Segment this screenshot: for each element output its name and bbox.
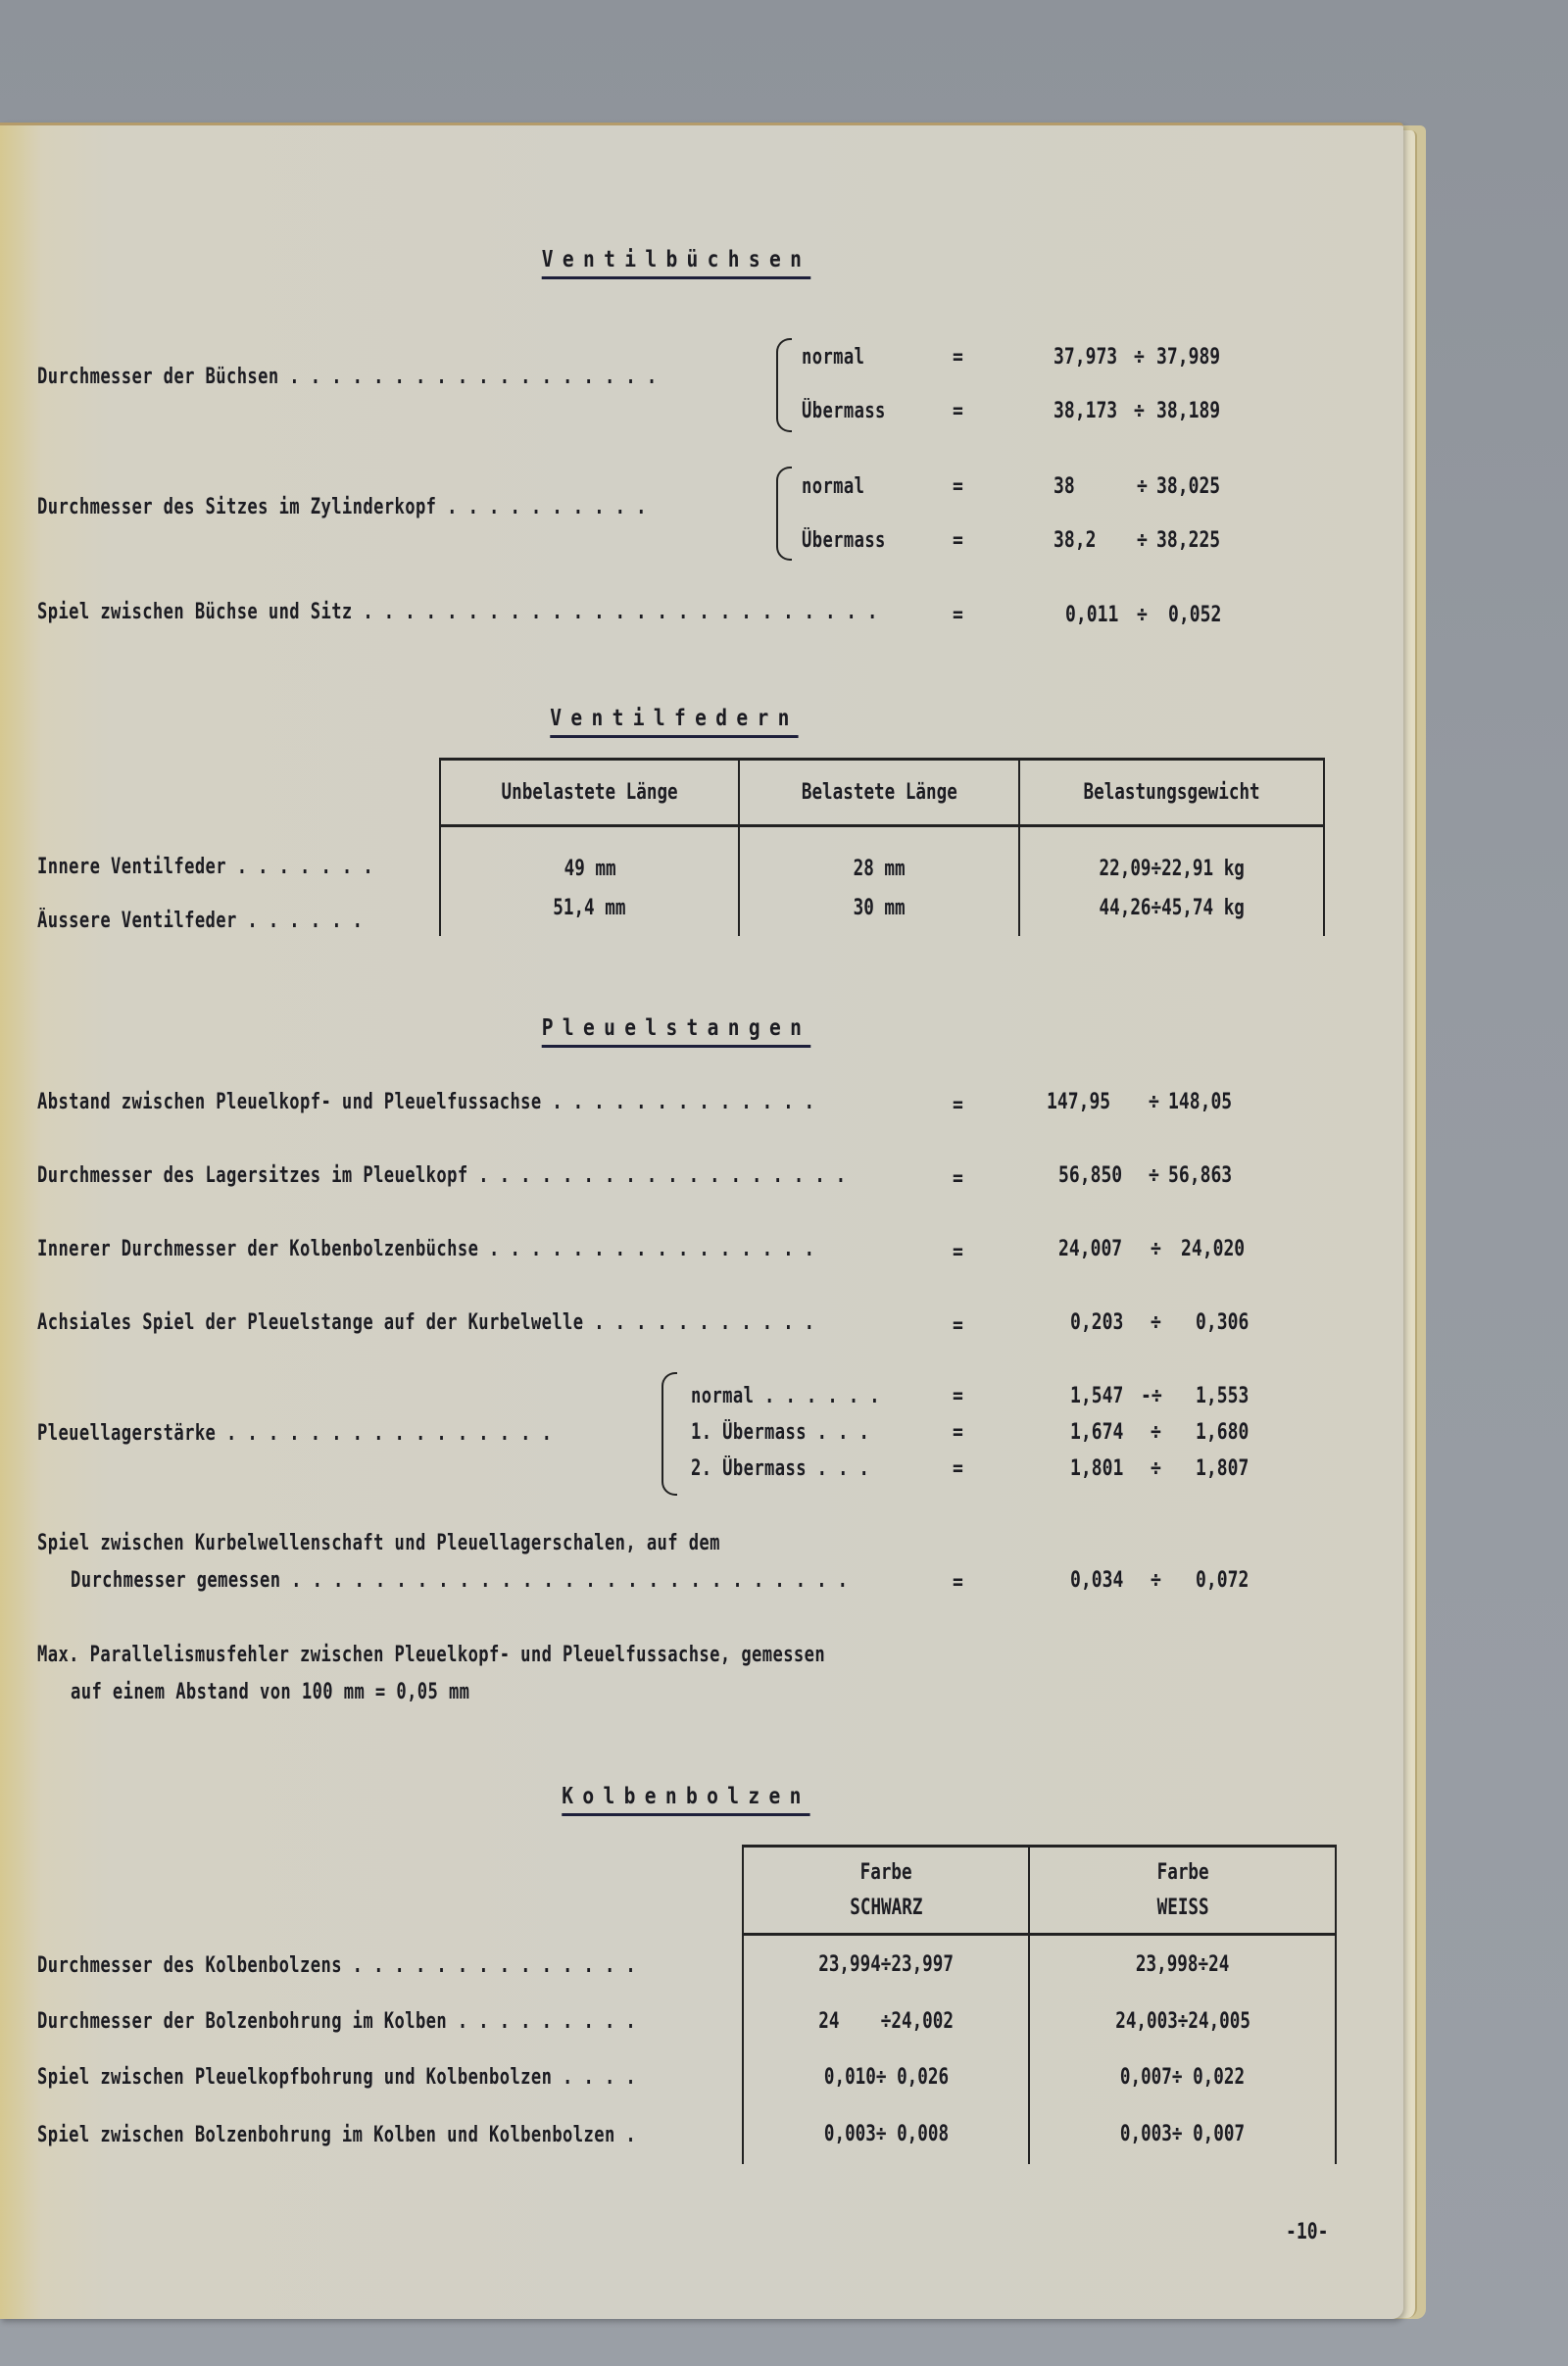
value-from: 0,203 (1070, 1310, 1123, 1335)
equals-sign: = (953, 1420, 963, 1445)
value-from: 56,850 (1058, 1163, 1122, 1188)
range-separator: ÷ (1151, 1237, 1161, 1261)
equals-sign: = (953, 1456, 963, 1481)
range-separator: ÷ (1134, 345, 1145, 370)
value-from: 37,973 (1053, 345, 1117, 370)
value-to: 0,072 (1196, 1568, 1249, 1593)
value-from: 38,173 (1053, 399, 1117, 423)
column-header-weiss: Farbe WEISS (1029, 1847, 1336, 1935)
value-to: 1,680 (1196, 1420, 1249, 1445)
page-number: -10- (1286, 2220, 1328, 2244)
equals-sign: = (953, 528, 963, 553)
table-row: 24 ÷24,002 24,003÷24,005 (743, 1994, 1336, 2049)
table-row: 49 mm 28 mm 22,09÷22,91 kg (440, 826, 1324, 881)
value-to: 37,989 (1156, 345, 1220, 370)
label-spiel-buchse-sitz: Spiel zwischen Büchse und Sitz . . . . .… (37, 600, 878, 624)
value-from: 38 (1053, 474, 1075, 499)
label-lagersitz: Durchmesser des Lagersitzes im Pleuelkop… (37, 1163, 847, 1188)
table-cell: 0,010÷ 0,026 (743, 2049, 1029, 2105)
equals-sign: = (953, 474, 963, 499)
label-max-parallel-line2: auf einem Abstand von 100 mm = 0,05 mm (71, 1680, 469, 1704)
table-cell: 28 mm (739, 826, 1018, 881)
equals-sign: = (953, 1240, 963, 1264)
value-from: 1,674 (1070, 1420, 1123, 1445)
value-to: 1,807 (1196, 1456, 1249, 1481)
equals-sign: = (953, 399, 963, 423)
ventilfedern-table: Unbelastete Länge Belastete Länge Belast… (439, 758, 1325, 936)
column-header: Belastete Länge (739, 760, 1018, 826)
row-label-durchmesser-kolbenbolzen: Durchmesser des Kolbenbolzens . . . . . … (37, 1953, 636, 1978)
column-header: Unbelastete Länge (440, 760, 739, 826)
table-row: 23,994÷23,997 23,998÷24 (743, 1935, 1336, 1994)
table-cell: 44,26÷45,74 kg (1019, 881, 1324, 936)
range-separator: ÷ (1151, 1310, 1161, 1335)
value-to: 0,052 (1168, 603, 1221, 627)
value-from: 0,011 (1065, 603, 1118, 627)
table-row: 0,010÷ 0,026 0,007÷ 0,022 (743, 2049, 1336, 2105)
variant-ubermass: Übermass (802, 399, 886, 423)
range-separator: ÷ (1149, 1163, 1159, 1188)
table-cell: 22,09÷22,91 kg (1019, 826, 1324, 881)
table-cell: 0,003÷ 0,007 (1029, 2105, 1336, 2164)
range-separator: ÷ (1151, 1456, 1161, 1481)
range-separator: ÷ (1134, 399, 1145, 423)
label-max-parallel-line1: Max. Parallelismusfehler zwischen Pleuel… (37, 1643, 825, 1667)
value-from: 1,547 (1070, 1384, 1123, 1408)
range-separator: ÷ (1151, 1420, 1161, 1445)
label-achsiales-spiel: Achsiales Spiel der Pleuelstange auf der… (37, 1310, 814, 1335)
equals-sign: = (953, 1093, 963, 1117)
equals-sign: = (953, 1384, 963, 1408)
range-separator: ÷ (1151, 1568, 1161, 1593)
equals-sign: = (953, 1166, 963, 1191)
value-to: 1,553 (1196, 1384, 1249, 1408)
label-abstand: Abstand zwischen Pleuelkopf- und Pleuelf… (37, 1090, 814, 1114)
table-cell: 0,007÷ 0,022 (1029, 2049, 1336, 2105)
row-label-spiel-pleuelkopf: Spiel zwischen Pleuelkopfbohrung und Kol… (37, 2065, 636, 2090)
label-spiel-kurbel-line2: Durchmesser gemessen . . . . . . . . . .… (71, 1568, 848, 1593)
label-durchmesser-buchsen: Durchmesser der Büchsen . . . . . . . . … (37, 365, 658, 389)
section-title-kolbenbolzen: Kolbenbolzen (562, 1784, 809, 1816)
column-header: Belastungsgewicht (1019, 760, 1324, 826)
value-from: 147,95 (1047, 1090, 1110, 1114)
variant-ubermass: Übermass (802, 528, 886, 553)
range-separator: ÷ (1137, 603, 1148, 627)
variant-ubermass-2: 2. Übermass . . . (691, 1456, 869, 1481)
section-title-pleuelstangen: Pleuelstangen (542, 1015, 811, 1048)
range-separator: ÷ (1149, 1090, 1159, 1114)
table-cell: 24 ÷24,002 (743, 1994, 1029, 2049)
section-title-ventilbuchsen: Ventilbüchsen (542, 247, 811, 279)
variant-normal: normal (802, 474, 864, 499)
table-row: 51,4 mm 30 mm 44,26÷45,74 kg (440, 881, 1324, 936)
table-cell: 24,003÷24,005 (1029, 1994, 1336, 2049)
value-to: 148,05 (1168, 1090, 1232, 1114)
table-cell: 0,003÷ 0,008 (743, 2105, 1029, 2164)
range-separator: ÷ (1137, 528, 1148, 553)
equals-sign: = (953, 603, 963, 627)
value-from: 0,034 (1070, 1568, 1123, 1593)
brace-icon (776, 467, 792, 561)
value-to: 38,025 (1156, 474, 1220, 499)
value-to: 38,189 (1156, 399, 1220, 423)
value-to: 38,225 (1156, 528, 1220, 553)
row-label-aussere-ventilfeder: Äussere Ventilfeder . . . . . . (37, 909, 363, 933)
brace-icon (776, 338, 792, 432)
label-pleuellagerstarke: Pleuellagerstärke . . . . . . . . . . . … (37, 1421, 552, 1446)
variant-normal: normal (802, 345, 864, 370)
table-cell: 49 mm (440, 826, 739, 881)
value-from: 1,801 (1070, 1456, 1123, 1481)
table-row: 0,003÷ 0,008 0,003÷ 0,007 (743, 2105, 1336, 2164)
label-durchmesser-sitz: Durchmesser des Sitzes im Zylinderkopf .… (37, 495, 647, 519)
range-separator: -÷ (1141, 1384, 1162, 1408)
value-from: 24,007 (1058, 1237, 1122, 1261)
variant-ubermass-1: 1. Übermass . . . (691, 1420, 869, 1445)
value-to: 0,306 (1196, 1310, 1249, 1335)
variant-normal: normal . . . . . . (691, 1384, 880, 1408)
row-label-spiel-bolzenbohrung: Spiel zwischen Bolzenbohrung im Kolben u… (37, 2123, 636, 2147)
range-separator: ÷ (1137, 474, 1148, 499)
table-cell: 51,4 mm (440, 881, 739, 936)
label-innerer-durchmesser: Innerer Durchmesser der Kolbenbolzenbüch… (37, 1237, 814, 1261)
column-header-schwarz: Farbe SCHWARZ (743, 1847, 1029, 1935)
value-to: 24,020 (1181, 1237, 1245, 1261)
equals-sign: = (953, 1313, 963, 1338)
equals-sign: = (953, 345, 963, 370)
label-spiel-kurbel-line1: Spiel zwischen Kurbelwellenschaft und Pl… (37, 1531, 720, 1555)
row-label-bolzenbohrung: Durchmesser der Bolzenbohrung im Kolben … (37, 2009, 636, 2034)
value-to: 56,863 (1168, 1163, 1232, 1188)
table-cell: 30 mm (739, 881, 1018, 936)
row-label-innere-ventilfeder: Innere Ventilfeder . . . . . . . (37, 855, 373, 879)
section-title-ventilfedern: Ventilfedern (550, 706, 798, 738)
value-from: 38,2 (1053, 528, 1096, 553)
table-cell: 23,994÷23,997 (743, 1935, 1029, 1994)
equals-sign: = (953, 1570, 963, 1595)
brace-icon (661, 1372, 677, 1496)
table-cell: 23,998÷24 (1029, 1935, 1336, 1994)
kolbenbolzen-table: Farbe SCHWARZ Farbe WEISS 23,994÷23,997 … (742, 1845, 1337, 2164)
